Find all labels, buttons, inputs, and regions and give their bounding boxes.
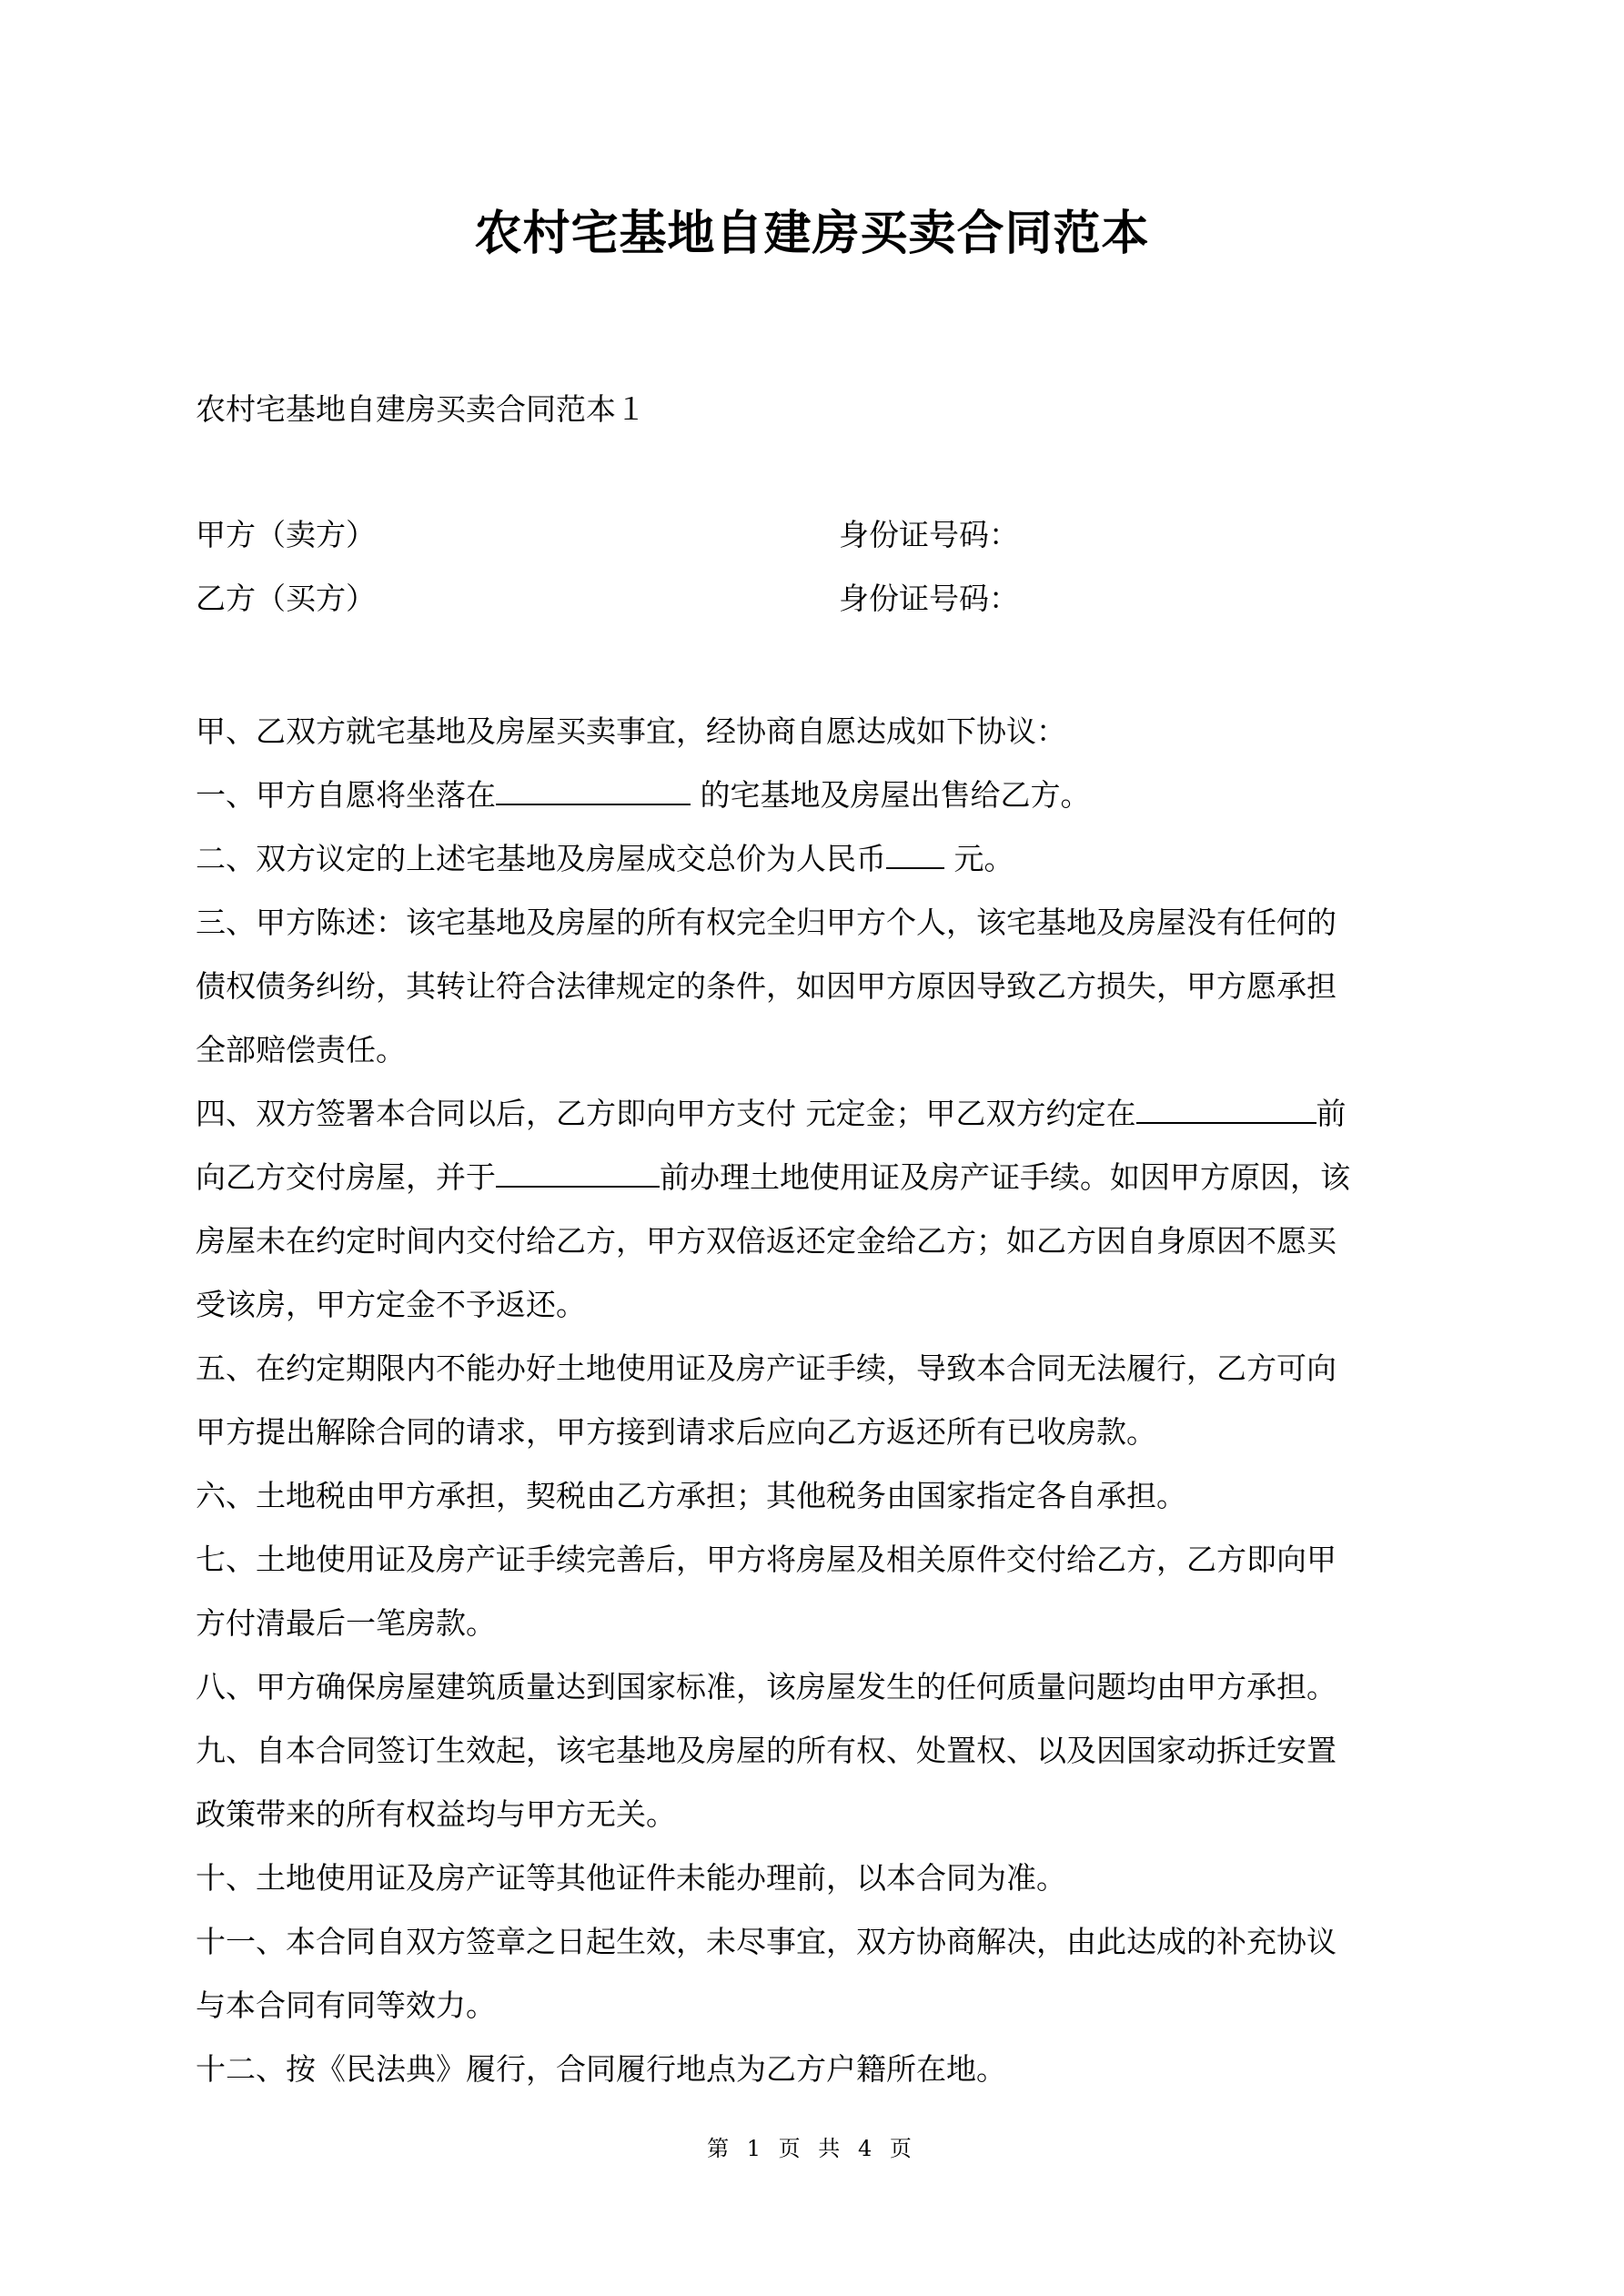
clause-5-line-1: 五、在约定期限内不能办好土地使用证及房产证手续，导致本合同无法履行，乙方可向 [196,1349,1337,1389]
clause-1: 一、甲方自愿将坐落在 的宅基地及房屋出售给乙方。 [196,775,1091,815]
clause-4-line-1: 四、双方签署本合同以后，乙方即向甲方支付 元定金；甲乙双方约定在前 [196,1094,1347,1134]
clause-5-line-2: 甲方提出解除合同的请求，甲方接到请求后应向乙方返还所有已收房款。 [196,1412,1156,1452]
clause-9-line-2: 政策带来的所有权益均与甲方无关。 [196,1795,676,1835]
clause-7-line-2: 方付清最后一笔房款。 [196,1603,496,1644]
clause-3-line-1: 三、甲方陈述：该宅基地及房屋的所有权完全归甲方个人，该宅基地及房屋没有任何的 [196,903,1337,943]
clause-11-line-1: 十一、本合同自双方签章之日起生效，未尽事宜，双方协商解决，由此达成的补充协议 [196,1922,1337,1962]
document-page: 农村宅基地自建房买卖合同范本 农村宅基地自建房买卖合同范本１ 甲方（卖方） 身份… [0,0,1624,2296]
clause-1-text-a: 一、甲方自愿将坐落在 [196,777,496,813]
clause-8: 八、甲方确保房屋建筑质量达到国家标准，该房屋发生的任何质量问题均由甲方承担。 [196,1667,1337,1707]
delivery-date-blank [1136,1095,1316,1124]
buyer-label: 乙方（买方） [196,579,376,619]
clause-2-text-b: 元。 [944,841,1014,876]
clause-4-text-a: 四、双方签署本合同以后，乙方即向甲方支付 元定金；甲乙双方约定在 [196,1096,1136,1131]
seller-label: 甲方（卖方） [196,515,376,555]
clause-4-line-2: 向乙方交付房屋，并于前办理土地使用证及房产证手续。如因甲方原因，该 [196,1158,1350,1198]
page-number: 第 1 页 共 4 页 [0,2135,1624,2162]
clause-4-line-3: 房屋未在约定时间内交付给乙方，甲方双倍返还定金给乙方；如乙方因自身原因不愿买 [196,1221,1337,1261]
buyer-id-label: 身份证号码： [839,579,1019,619]
clause-4-text-c: 向乙方交付房屋，并于 [196,1159,496,1195]
document-title: 农村宅基地自建房买卖合同范本 [0,202,1624,266]
clause-3-line-2: 债权债务纠纷，其转让符合法律规定的条件，如因甲方原因导致乙方损失，甲方愿承担 [196,966,1337,1006]
clause-6: 六、土地税由甲方承担，契税由乙方承担；其他税务由国家指定各自承担。 [196,1476,1186,1516]
clause-1-text-b: 的宅基地及房屋出售给乙方。 [691,777,1091,813]
clause-3-line-3: 全部赔偿责任。 [196,1030,406,1070]
clause-9-line-1: 九、自本合同签订生效起，该宅基地及房屋的所有权、处置权、以及因国家动拆迁安置 [196,1731,1337,1771]
seller-id-label: 身份证号码： [839,515,1019,555]
clause-2: 二、双方议定的上述宅基地及房屋成交总价为人民币 元。 [196,839,1014,879]
certificate-date-blank [496,1158,660,1188]
clause-11-line-2: 与本合同有同等效力。 [196,1986,496,2026]
clause-4-line-4: 受该房，甲方定金不予返还。 [196,1285,586,1325]
clause-12: 十二、按《民法典》履行，合同履行地点为乙方户籍所在地。 [196,2049,1006,2089]
section-heading: 农村宅基地自建房买卖合同范本１ [196,389,646,430]
clause-10: 十、土地使用证及房产证等其他证件未能办理前，以本合同为准。 [196,1858,1066,1898]
price-blank [886,840,944,869]
clause-7-line-1: 七、土地使用证及房产证手续完善后，甲方将房屋及相关原件交付给乙方，乙方即向甲 [196,1540,1337,1580]
location-blank [496,776,691,805]
intro-paragraph: 甲、乙双方就宅基地及房屋买卖事宜，经协商自愿达成如下协议： [196,712,1066,752]
clause-2-text-a: 二、双方议定的上述宅基地及房屋成交总价为人民币 [196,841,886,876]
clause-4-text-d: 前办理土地使用证及房产证手续。如因甲方原因，该 [660,1159,1350,1195]
clause-4-text-b: 前 [1316,1096,1347,1131]
